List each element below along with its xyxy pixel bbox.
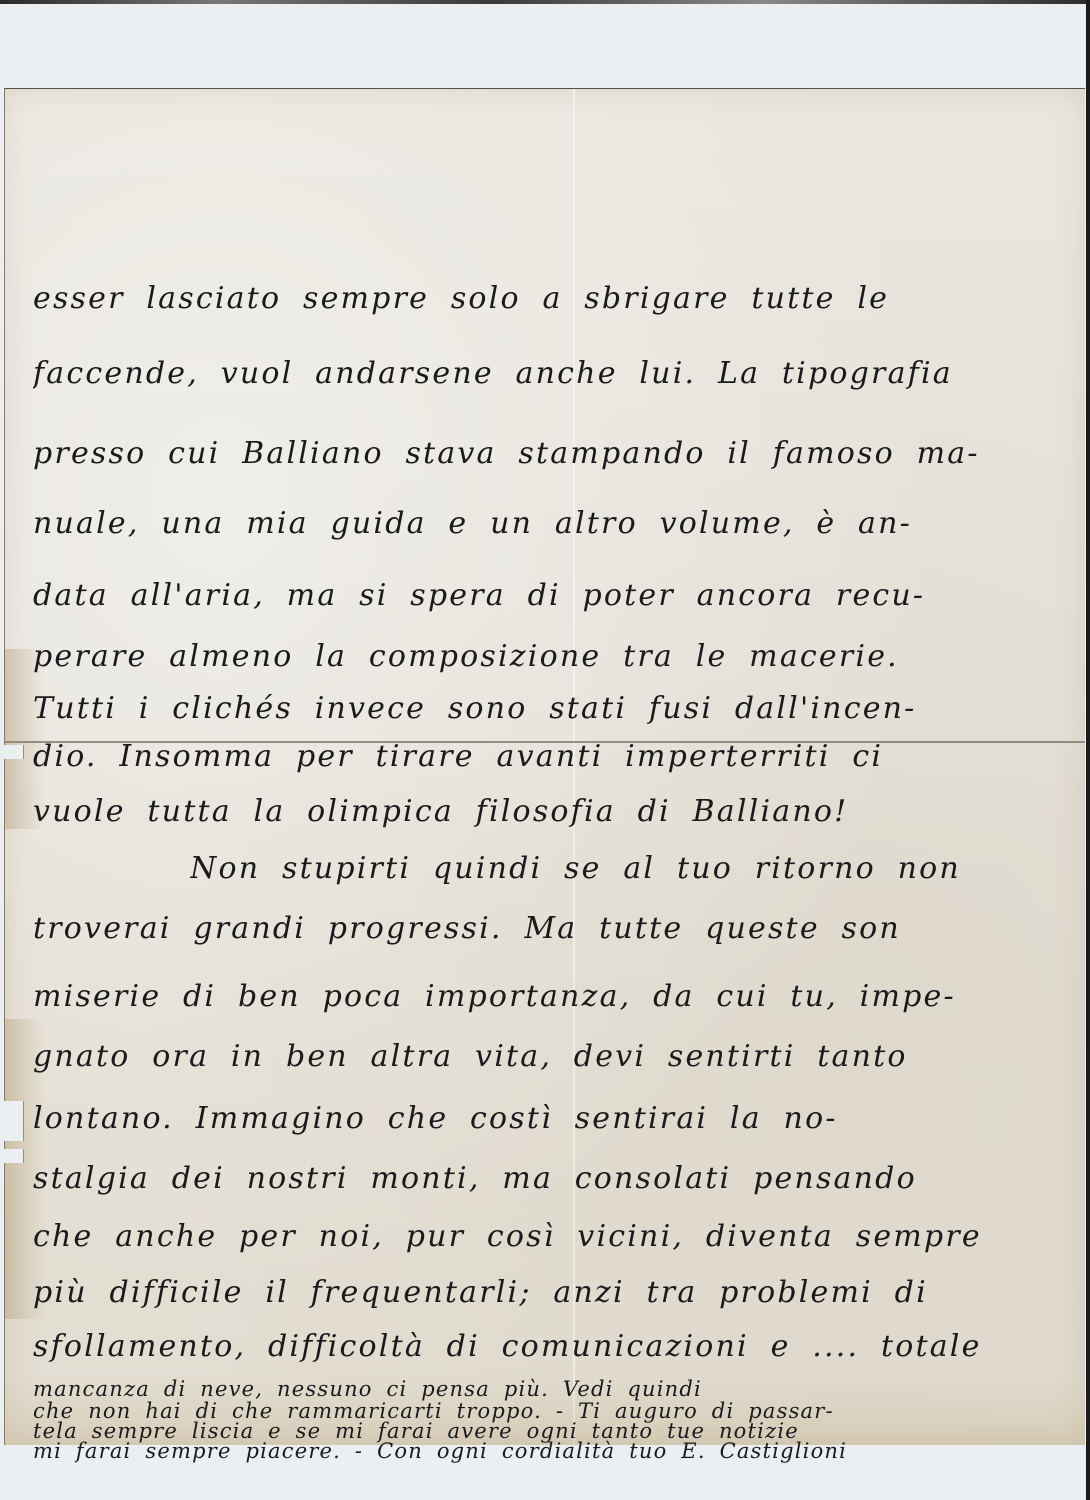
- scanner-top-edge: [0, 0, 1090, 4]
- letter-line: più difficile il frequentarli; anzi tra …: [33, 1275, 1078, 1310]
- letter-line: troverai grandi progressi. Ma tutte ques…: [33, 911, 1078, 946]
- letter-line: gnato ora in ben altra vita, devi sentir…: [33, 1039, 1078, 1074]
- letter-line: faccende, vuol andarsene anche lui. La t…: [33, 356, 1078, 391]
- letter-closing-signature-line: mi farai sempre piacere. - Con ogni cord…: [33, 1439, 1078, 1463]
- letter-line: data all'aria, ma si spera di poter anco…: [33, 578, 1078, 613]
- scanned-letter-page: esser lasciato sempre solo a sbrigare tu…: [0, 0, 1090, 1500]
- letter-line: miserie di ben poca importanza, da cui t…: [33, 979, 1078, 1014]
- letter-line-paragraph-start: Non stupirti quindi se al tuo ritorno no…: [190, 851, 1090, 886]
- letter-line: dio. Insomma per tirare avanti imperterr…: [33, 739, 1078, 774]
- letter-line: Tutti i clichés invece sono stati fusi d…: [33, 691, 1078, 726]
- letter-line: nuale, una mia guida e un altro volume, …: [33, 506, 1078, 541]
- letter-line: lontano. Immagino che costì sentirai la …: [33, 1101, 1078, 1136]
- letter-line: sfollamento, difficoltà di comunicazioni…: [33, 1329, 1078, 1364]
- letter-line: mancanza di neve, nessuno ci pensa più. …: [33, 1377, 1078, 1401]
- scanner-right-edge: [1086, 0, 1090, 1500]
- letter-line: vuole tutta la olimpica filosofia di Bal…: [33, 794, 1078, 829]
- letter-body: esser lasciato sempre solo a sbrigare tu…: [5, 89, 1085, 1445]
- letter-line: che anche per noi, pur così vicini, dive…: [33, 1219, 1078, 1254]
- letter-line: esser lasciato sempre solo a sbrigare tu…: [33, 281, 1078, 316]
- letter-line: stalgia dei nostri monti, ma consolati p…: [33, 1161, 1078, 1196]
- letter-paper-sheet: esser lasciato sempre solo a sbrigare tu…: [4, 88, 1085, 1445]
- letter-line: perare almeno la composizione tra le mac…: [33, 639, 1078, 674]
- letter-line: presso cui Balliano stava stampando il f…: [33, 436, 1078, 471]
